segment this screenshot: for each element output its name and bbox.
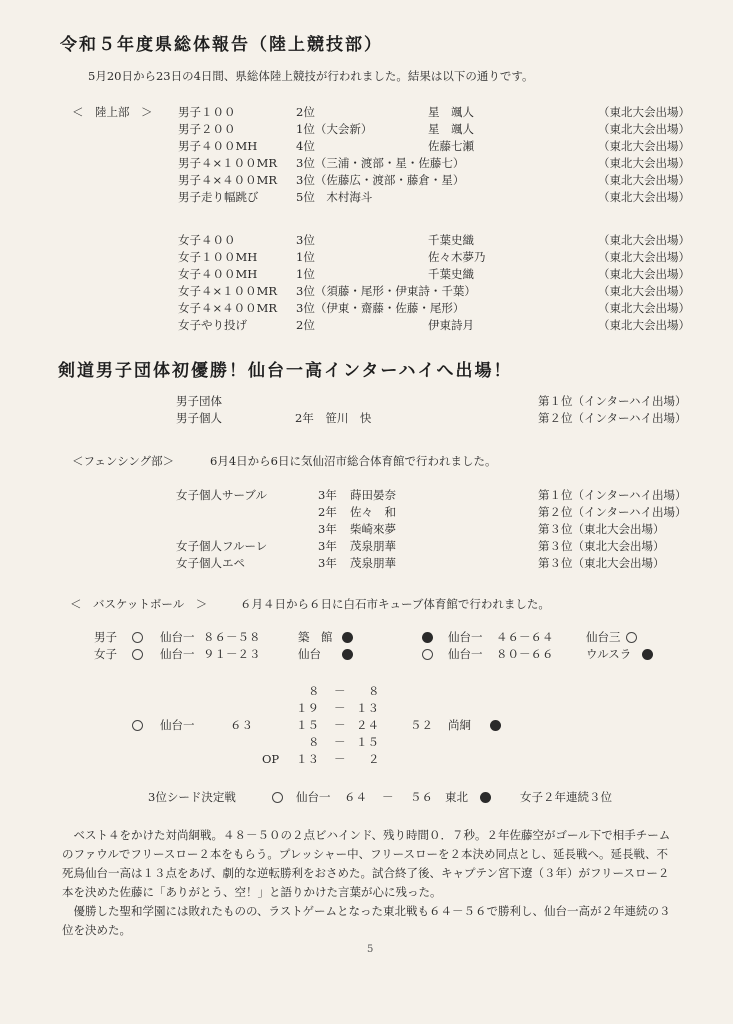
athlete: 柴崎來夢 [350, 521, 396, 538]
note: （東北大会出場） [598, 121, 690, 138]
rank: 3位（須藤・尾形・伊東詩・千葉） [296, 283, 476, 300]
win-circle-icon [132, 649, 143, 660]
event: 男子２００ [178, 121, 236, 138]
fencing-row: 3年 柴崎來夢 第３位（東北大会出場） [0, 521, 733, 538]
basketball-intro: ６月４日から６日に白石市キューブ体育館で行われました。 [240, 596, 550, 613]
rank: 1位 [296, 266, 315, 283]
event: 男子４００MH [178, 138, 257, 155]
fencing-row: 女子個人フルーレ 3年 茂泉朋華 第３位（東北大会出場） [0, 538, 733, 555]
rank: 1位 [296, 249, 315, 266]
athlete: 佐々木夢乃 [428, 249, 486, 266]
win-circle-icon [132, 632, 143, 643]
period-row: １９ － １３ [0, 700, 733, 717]
athletics-intro: 5月20日から23日の4日間、県総体陸上競技が行われました。結果は以下の通りです… [88, 68, 533, 85]
result: 女子２年連続３位 [520, 789, 612, 806]
event: 女子４００MH [178, 266, 257, 283]
event: 女子個人エペ [176, 555, 245, 572]
athlete: 2年 笹川 快 [295, 410, 371, 427]
period-score-b: ２ [368, 751, 380, 768]
event: 女子４×１００MR [178, 283, 277, 300]
team: 仙台一 [160, 717, 195, 734]
event: 女子やり投げ [178, 317, 247, 334]
loss-dot-icon [480, 792, 491, 803]
opponent: ウルスラ [586, 646, 631, 663]
period-score-a: ８ [308, 734, 320, 751]
opponent-total: ５２ [410, 717, 433, 734]
rank: 5位 木村海斗 [296, 189, 372, 206]
result-row: 男子２００ 1位（大会新） 星 颯人 （東北大会出場） [0, 121, 733, 138]
rank: 2位 [296, 317, 315, 334]
loss-dot-icon [642, 649, 653, 660]
athlete: 千葉史織 [428, 232, 474, 249]
page-number: 5 [367, 944, 373, 955]
loss-dot-icon [342, 649, 353, 660]
athlete: 星 颯人 [428, 104, 474, 121]
score: ８６－５８ [203, 629, 261, 646]
team: 仙台一 [448, 629, 483, 646]
athlete: 星 颯人 [428, 121, 474, 138]
loss-dot-icon [342, 632, 353, 643]
athlete: 千葉史織 [428, 266, 474, 283]
note: （東北大会出場） [598, 300, 690, 317]
event: 男子個人 [176, 410, 222, 427]
fencing-intro: 6月4日から6日に気仙沼市総合体育館で行われました。 [210, 453, 496, 470]
kendo-row: 男子団体 第１位（インターハイ出場） [0, 393, 733, 410]
match-label: 3位シード決定戦 [148, 789, 236, 806]
kendo-row: 男子個人 2年 笹川 快 第２位（インターハイ出場） [0, 410, 733, 427]
event: 男子団体 [176, 393, 222, 410]
basketball-paragraph-2: 優勝した聖和学園には敗れたものの、ラストゲームとなった東北戦も６４－５６で勝利し… [62, 902, 672, 940]
score: ９１－２３ [203, 646, 261, 663]
loss-dot-icon [490, 720, 501, 731]
gender: 女子 [94, 646, 117, 663]
third-place-row: 3位シード決定戦 仙台一 ６４ － ５６ 東北 女子２年連続３位 [0, 789, 733, 806]
overtime-label: OP [262, 751, 279, 768]
athlete: 佐藤七瀬 [428, 138, 474, 155]
team-total: ６３ [230, 717, 253, 734]
result-row: 男子４×１００MR 3位（三浦・渡部・星・佐藤七） （東北大会出場） [0, 155, 733, 172]
grade: 3年 [318, 538, 337, 555]
event: 男子４×１００MR [178, 155, 277, 172]
athlete: 茂泉朋華 [350, 555, 396, 572]
rank: 3位（伊東・齋藤・佐藤・尾形） [296, 300, 464, 317]
rank: 2位 [296, 104, 315, 121]
game-row: 女子 仙台一 ９１－２３ 仙台 仙台一 ８０－６６ ウルスラ [0, 646, 733, 663]
athlete: 佐々 和 [350, 504, 396, 521]
note: （東北大会出場） [598, 104, 690, 121]
game-row: 男子 仙台一 ８６－５８ 築 館 仙台一 ４６－６４ 仙台三 [0, 629, 733, 646]
rank: 3位 [296, 232, 315, 249]
score-dash: － [382, 789, 394, 806]
period-score-a: ８ [308, 683, 320, 700]
rank: 3位（佐藤広・渡部・藤倉・星） [296, 172, 464, 189]
score-a: ６４ [344, 789, 367, 806]
period-score-b: １５ [356, 734, 379, 751]
period-score-b: １３ [356, 700, 379, 717]
win-circle-icon [272, 792, 283, 803]
loss-dot-icon [422, 632, 433, 643]
gender: 男子 [94, 629, 117, 646]
win-circle-icon [132, 720, 143, 731]
note: （東北大会出場） [598, 266, 690, 283]
fencing-row: 女子個人エペ 3年 茂泉朋華 第３位（東北大会出場） [0, 555, 733, 572]
event: 男子４×４００MR [178, 172, 277, 189]
event: 女子１００MH [178, 249, 257, 266]
score-b: ５６ [410, 789, 433, 806]
result-row: 女子４×４００MR 3位（伊東・齋藤・佐藤・尾形） （東北大会出場） [0, 300, 733, 317]
score: ８０－６６ [496, 646, 554, 663]
rank: 3位（三浦・渡部・星・佐藤七） [296, 155, 464, 172]
kendo-title: 剣道男子団体初優勝！仙台一高インターハイへ出場！ [58, 356, 512, 381]
result-row: 男子１００ 2位 星 颯人 （東北大会出場） [0, 104, 733, 121]
period-score-a: １５ [296, 717, 319, 734]
note: （東北大会出場） [598, 283, 690, 300]
event: 女子個人サーブル [176, 487, 267, 504]
period-row: 仙台一 ６３ １５ － ２４ ５２ 尚絅 [0, 717, 733, 734]
event: 女子４×４００MR [178, 300, 277, 317]
note: （東北大会出場） [598, 155, 690, 172]
event: 女子４００ [178, 232, 236, 249]
fencing-row: 2年 佐々 和 第２位（インターハイ出場） [0, 504, 733, 521]
grade: 3年 [318, 521, 337, 538]
document-page: 令和５年度県総体報告（陸上競技部） 5月20日から23日の4日間、県総体陸上競技… [0, 0, 733, 1024]
athlete: 茂泉朋華 [350, 538, 396, 555]
period-score-a: １３ [296, 751, 319, 768]
opponent: 東北 [445, 789, 468, 806]
result: 第３位（東北大会出場） [538, 538, 665, 555]
win-circle-icon [626, 632, 637, 643]
score: ４６－６４ [496, 629, 554, 646]
result-row: 男子４００MH 4位 佐藤七瀬 （東北大会出場） [0, 138, 733, 155]
period-row: ８ － ８ [0, 683, 733, 700]
result: 第３位（東北大会出場） [538, 521, 665, 538]
team: 仙台一 [160, 629, 195, 646]
result: 第１位（インターハイ出場） [538, 393, 686, 410]
athlete: 蒔田晏奈 [350, 487, 396, 504]
note: （東北大会出場） [598, 172, 690, 189]
fencing-row: 女子個人サーブル 3年 蒔田晏奈 第１位（インターハイ出場） [0, 487, 733, 504]
period-score-b: ２４ [356, 717, 379, 734]
event: 女子個人フルーレ [176, 538, 267, 555]
result-row: 女子１００MH 1位 佐々木夢乃 （東北大会出場） [0, 249, 733, 266]
opponent: 築 館 [298, 629, 333, 646]
period-score-a: １９ [296, 700, 319, 717]
opponent: 仙台三 [586, 629, 621, 646]
athlete: 伊東詩月 [428, 317, 474, 334]
basketball-label: ＜ バスケットボール ＞ [70, 596, 207, 613]
period-row: OP １３ － ２ [0, 751, 733, 768]
result-row: 女子４×１００MR 3位（須藤・尾形・伊東詩・千葉） （東北大会出場） [0, 283, 733, 300]
result: 第２位（インターハイ出場） [538, 504, 686, 521]
result-row: 女子やり投げ 2位 伊東詩月 （東北大会出場） [0, 317, 733, 334]
rank: 1位（大会新） [296, 121, 372, 138]
result-row: 男子走り幅跳び 5位 木村海斗 （東北大会出場） [0, 189, 733, 206]
team: 仙台一 [296, 789, 331, 806]
team: 仙台一 [448, 646, 483, 663]
event: 男子走り幅跳び [178, 189, 259, 206]
result-row: 女子４００ 3位 千葉史織 （東北大会出場） [0, 232, 733, 249]
opponent: 尚絅 [448, 717, 471, 734]
basketball-paragraph-1: ベスト４をかけた対尚絅戦。４８－５０の２点ビハインド、残り時間０．７秒。２年佐藤… [62, 826, 672, 902]
result-row: 男子４×４００MR 3位（佐藤広・渡部・藤倉・星） （東北大会出場） [0, 172, 733, 189]
period-score-b: ８ [368, 683, 380, 700]
result: 第３位（東北大会出場） [538, 555, 665, 572]
fencing-label: ＜フェンシング部＞ [72, 453, 174, 470]
result: 第１位（インターハイ出場） [538, 487, 686, 504]
note: （東北大会出場） [598, 189, 690, 206]
note: （東北大会出場） [598, 249, 690, 266]
event: 男子１００ [178, 104, 236, 121]
grade: 3年 [318, 555, 337, 572]
team: 仙台一 [160, 646, 195, 663]
note: （東北大会出場） [598, 138, 690, 155]
grade: 2年 [318, 504, 337, 521]
rank: 4位 [296, 138, 315, 155]
note: （東北大会出場） [598, 232, 690, 249]
note: （東北大会出場） [598, 317, 690, 334]
period-row: ８ － １５ [0, 734, 733, 751]
result: 第２位（インターハイ出場） [538, 410, 686, 427]
grade: 3年 [318, 487, 337, 504]
opponent: 仙台 [298, 646, 321, 663]
athletics-title: 令和５年度県総体報告（陸上競技部） [60, 30, 383, 55]
result-row: 女子４００MH 1位 千葉史織 （東北大会出場） [0, 266, 733, 283]
win-circle-icon [422, 649, 433, 660]
